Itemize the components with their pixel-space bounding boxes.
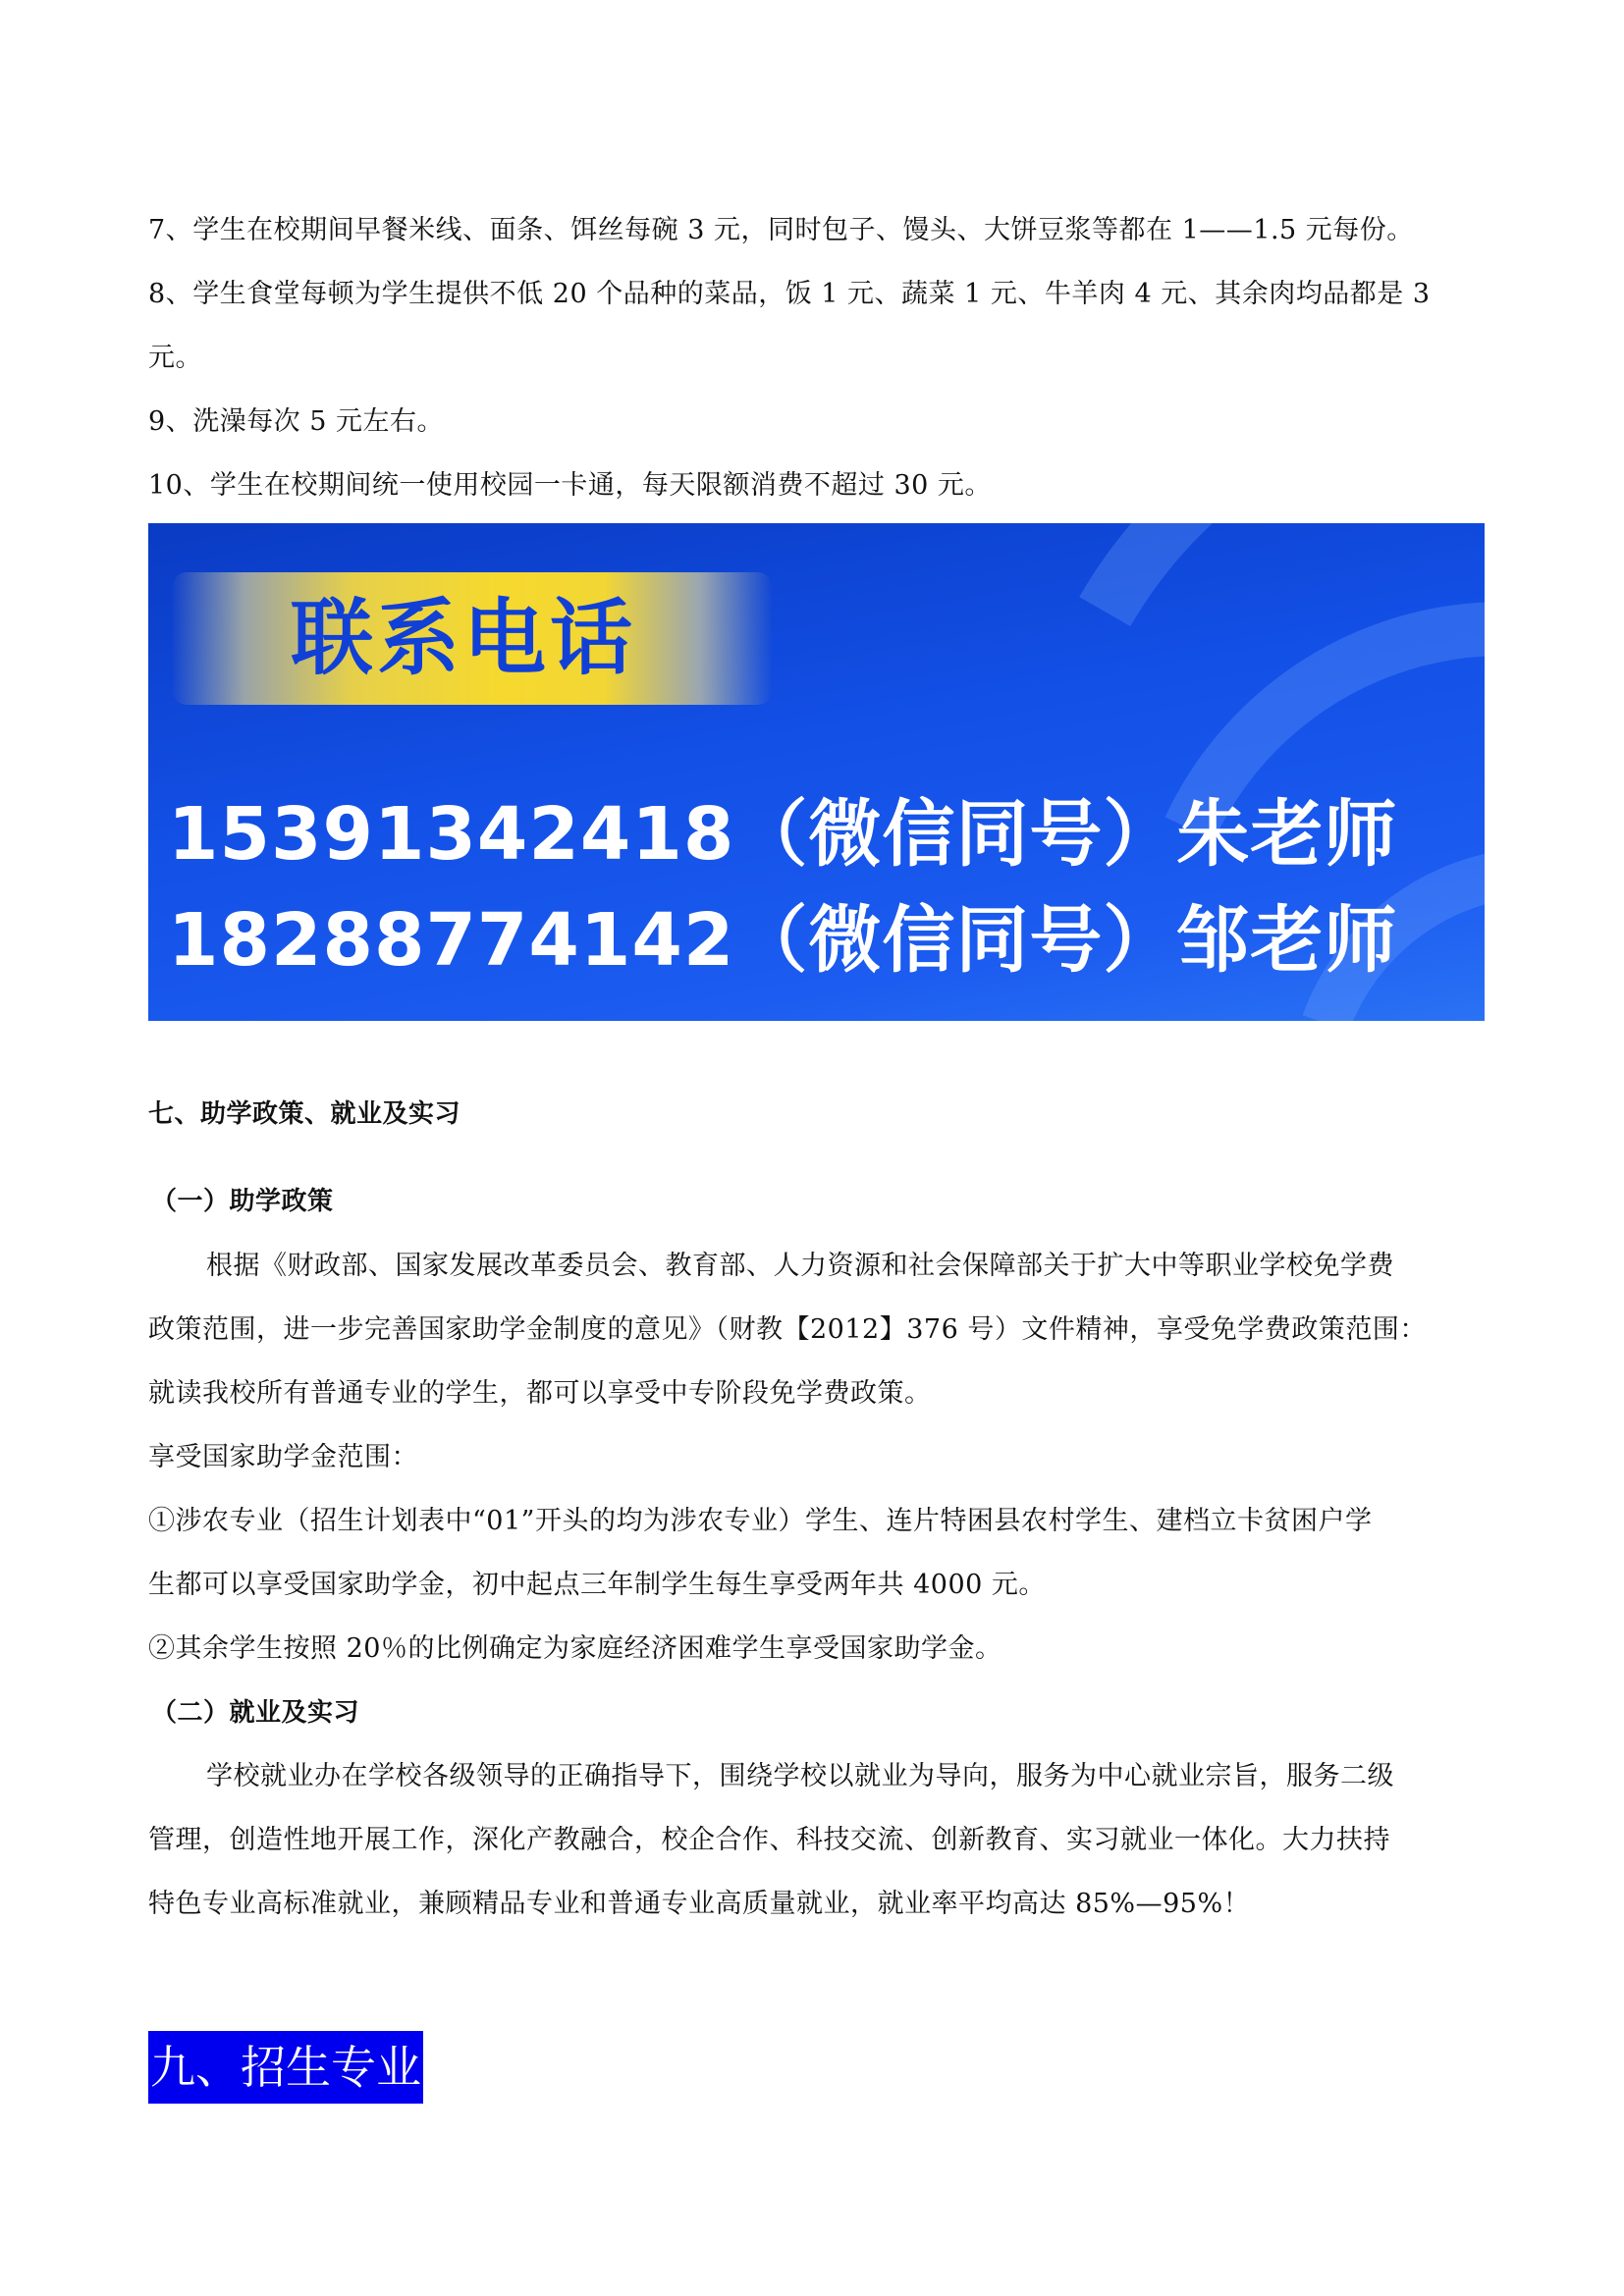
- fee-item-7: 7、学生在校期间早餐米线、面条、饵丝每碗 3 元，同时包子、馒头、大饼豆浆等都在…: [148, 214, 1414, 247]
- contact-line-1: 15391342418（微信同号）朱老师: [168, 790, 1397, 879]
- contact-banner-image: 联系电话 15391342418（微信同号）朱老师 18288774142（微信…: [148, 523, 1485, 1021]
- fee-item-10: 10、学生在校期间统一使用校园一卡通，每天限额消费不超过 30 元。: [148, 469, 992, 503]
- contact-note: （微信同号）: [734, 792, 1176, 877]
- paragraph-line: 特色专业高标准就业，兼顾精品专业和普通专业高质量就业，就业率平均高达 85%—9…: [148, 1888, 1250, 1921]
- contact-title-badge: 联系电话: [173, 572, 772, 705]
- paragraph-line: 政策范围，进一步完善国家助学金制度的意见》（财教【2012】376 号）文件精神…: [148, 1313, 1427, 1347]
- grant-item-2-line: ②其余学生按照 20％的比例确定为家庭经济困难学生享受国家助学金。: [148, 1632, 1001, 1666]
- contact-phone: 15391342418: [168, 792, 734, 877]
- section-9-heading: 九、招生专业: [148, 2031, 423, 2104]
- contact-name: 邹老师: [1176, 898, 1397, 983]
- contact-title: 联系电话: [291, 584, 636, 692]
- grant-scope-label: 享受国家助学金范围：: [148, 1441, 418, 1474]
- fee-item-8: 8、学生食堂每顿为学生提供不低 20 个品种的菜品，饭 1 元、蔬菜 1 元、牛…: [148, 278, 1431, 311]
- paragraph-line: 管理，创造性地开展工作，深化产教融合，校企合作、科技交流、创新教育、实习就业一体…: [148, 1824, 1390, 1857]
- subsection-financial-aid-heading: （一）助学政策: [151, 1185, 334, 1218]
- fee-item-text: 学生在校期间统一使用校园一卡通，每天限额消费不超过 30 元。: [210, 470, 992, 501]
- paragraph-line: 根据《财政部、国家发展改革委员会、教育部、人力资源和社会保障部关于扩大中等职业学…: [206, 1250, 1394, 1283]
- contact-phone: 18288774142: [168, 898, 734, 983]
- contact-name: 朱老师: [1176, 792, 1397, 877]
- fee-item-8-continuation: 元。: [148, 342, 202, 375]
- fee-item-number: 8、: [148, 279, 192, 309]
- fee-item-number: 10、: [148, 470, 210, 501]
- fee-item-text: 学生在校期间早餐米线、面条、饵丝每碗 3 元，同时包子、馒头、大饼豆浆等都在 1…: [192, 215, 1414, 245]
- fee-item-9: 9、洗澡每次 5 元左右。: [148, 405, 444, 439]
- contact-note: （微信同号）: [734, 898, 1176, 983]
- fee-item-text: 学生食堂每顿为学生提供不低 20 个品种的菜品，饭 1 元、蔬菜 1 元、牛羊肉…: [192, 279, 1430, 309]
- subsection-employment-heading: （二）就业及实习: [151, 1696, 359, 1730]
- grant-item-1-line: ①涉农专业（招生计划表中“01”开头的均为涉农专业）学生、连片特困县农村学生、建…: [148, 1505, 1372, 1538]
- section-7-heading: 七、助学政策、就业及实习: [148, 1097, 460, 1131]
- fee-item-number: 9、: [148, 406, 192, 437]
- fee-item-number: 7、: [148, 215, 192, 245]
- contact-line-2: 18288774142（微信同号）邹老师: [168, 896, 1397, 985]
- grant-item-1-line: 生都可以享受国家助学金，初中起点三年制学生每生享受两年共 4000 元。: [148, 1569, 1046, 1602]
- fee-item-text: 洗澡每次 5 元左右。: [192, 406, 444, 437]
- paragraph-line: 就读我校所有普通专业的学生，都可以享受中专阶段免学费政策。: [148, 1377, 932, 1411]
- paragraph-line: 学校就业办在学校各级领导的正确指导下，围绕学校以就业为导向，服务为中心就业宗旨，…: [206, 1760, 1394, 1793]
